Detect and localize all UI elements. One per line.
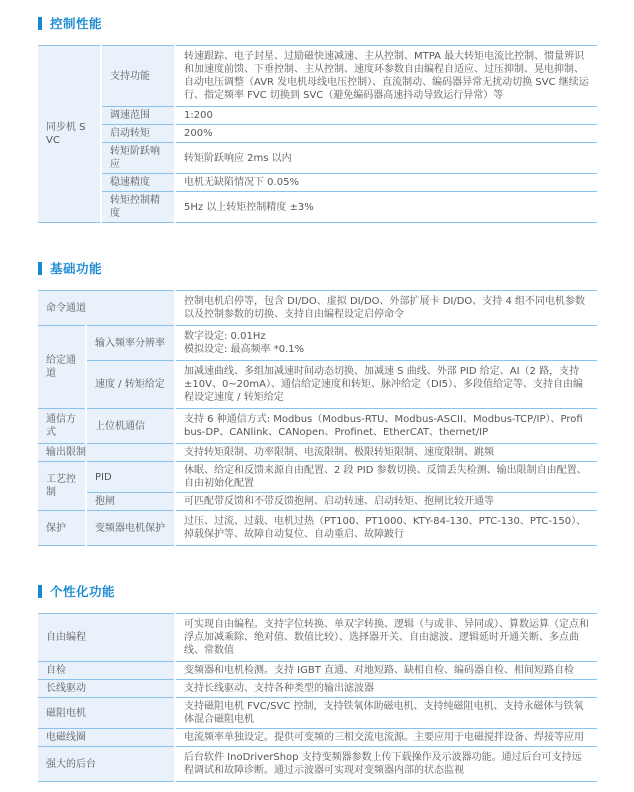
spec-value: 过压、过流、过载、电机过热（PT100、PT1000、KTY-84-130、PT… (175, 511, 597, 546)
table-row: 命令通道 控制电机启停等，包含 DI/DO、虚拟 DI/DO、外部扩展卡 DI/… (38, 291, 597, 326)
spec-label: PID (86, 462, 175, 493)
table-row: 抱闸 可匹配带反馈和不带反馈抱闸、启动转速、启动转矩、抱闸比较开通等 (38, 493, 597, 511)
spec-value: 支持长线驱动、支持各种类型的输出滤波器 (175, 680, 597, 698)
spec-value: 电机无缺陷情况下 0.05% (175, 174, 597, 192)
spec-value: 支持 6 种通信方式: Modbus（Modbus-RTU、Modbus-ASC… (175, 409, 597, 444)
spec-label: 稳速精度 (101, 174, 175, 192)
spec-value: 后台软件 InoDriverShop 支持变频器参数上传下载操作及示波器功能。通… (175, 747, 597, 782)
basic-functions-table: 命令通道 控制电机启停等，包含 DI/DO、虚拟 DI/DO、外部扩展卡 DI/… (38, 290, 597, 546)
table-row: 稳速精度 电机无缺陷情况下 0.05% (38, 174, 597, 192)
table-row: 保护 变频器电机保护 过压、过流、过载、电机过热（PT100、PT1000、KT… (38, 511, 597, 546)
spec-label: 转矩阶跃响应 (101, 143, 175, 174)
table-row: 通信方式 上位机通信 支持 6 种通信方式: Modbus（Modbus-RTU… (38, 409, 597, 444)
section-title-control: 控制性能 (50, 14, 102, 32)
title-bar-icon (38, 262, 42, 275)
table-row: 转矩阶跃响应 转矩阶跃响应 2ms 以内 (38, 143, 597, 174)
spec-value: 变频器和电机检测。支持 IGBT 直通、对地短路、缺相自检、编码器自检、相间短路… (175, 662, 597, 680)
spec-value: 控制电机启停等，包含 DI/DO、虚拟 DI/DO、外部扩展卡 DI/DO、支持… (175, 291, 597, 326)
personalized-functions-table: 自由编程 可实现自由编程。支持字位转换、单双字转换、逻辑（与或非、异同或）、算数… (38, 613, 597, 782)
spec-label: 抱闸 (86, 493, 175, 511)
control-performance-table: 同步机 SVC 支持功能 转速跟踪、电子封星、过励磁快速减速、主从控制、MTPA… (38, 45, 597, 223)
spec-label: 强大的后台 (38, 747, 175, 782)
group-label-sync-svc: 同步机 SVC (38, 46, 101, 223)
spec-label: 电磁线圈 (38, 729, 175, 747)
spec-value: 5Hz 以上转矩控制精度 ±3% (175, 192, 597, 223)
spec-label: 磁阻电机 (38, 698, 175, 729)
table-row: 启动转矩 200% (38, 125, 597, 143)
table-row: 电磁线圈 电流频率单独设定。提供可变频的三相交流电流源。主要应用于电磁搅拌设备、… (38, 729, 597, 747)
title-bar-icon (38, 585, 42, 598)
table-row: 自检 变频器和电机检测。支持 IGBT 直通、对地短路、缺相自检、编码器自检、相… (38, 662, 597, 680)
table-row: 输出限制 支持转矩限制、功率限制、电流限制、极限转矩限制、速度限制、跳频 (38, 444, 597, 462)
section-header: 基础功能 (38, 259, 597, 277)
spec-value: 数字设定: 0.01Hz 模拟设定: 最高频率 *0.1% (175, 326, 597, 361)
section-personalized-functions: 个性化功能 自由编程 可实现自由编程。支持字位转换、单双字转换、逻辑（与或非、异… (38, 582, 597, 782)
spec-value: 支持转矩限制、功率限制、电流限制、极限转矩限制、速度限制、跳频 (175, 444, 597, 462)
spec-label: 命令通道 (38, 291, 175, 326)
section-title-personal: 个性化功能 (50, 582, 115, 600)
table-row: 同步机 SVC 支持功能 转速跟踪、电子封星、过励磁快速减速、主从控制、MTPA… (38, 46, 597, 107)
table-row: 给定通道 输入频率分辨率 数字设定: 0.01Hz 模拟设定: 最高频率 *0.… (38, 326, 597, 361)
spec-value: 电流频率单独设定。提供可变频的三相交流电流源。主要应用于电磁搅拌设备、焊接等应用 (175, 729, 597, 747)
spec-label: 输入频率分辨率 (86, 326, 175, 361)
spec-label: 转矩控制精度 (101, 192, 175, 223)
spec-label: 自由编程 (38, 614, 175, 662)
table-row: 长线驱动 支持长线驱动、支持各种类型的输出滤波器 (38, 680, 597, 698)
table-row: 速度 / 转矩给定 加减速曲线、多组加减速时间动态切换、加减速 S 曲线、外部 … (38, 361, 597, 409)
section-header: 个性化功能 (38, 582, 597, 600)
spec-value: 加减速曲线、多组加减速时间动态切换、加减速 S 曲线、外部 PID 给定、AI（… (175, 361, 597, 409)
spec-value: 休眠、给定和反馈来源自由配置、2 段 PID 参数切换、反馈丢失检测、输出限制自… (175, 462, 597, 493)
spec-label: 保护 (38, 511, 86, 546)
table-row: 磁阻电机 支持磁阻电机 FVC/SVC 控制，支持铁氧体助磁电机、支持纯磁阻电机… (38, 698, 597, 729)
table-row: 自由编程 可实现自由编程。支持字位转换、单双字转换、逻辑（与或非、异同或）、算数… (38, 614, 597, 662)
spec-label: 输出限制 (38, 444, 175, 462)
section-header: 控制性能 (38, 14, 597, 32)
spec-label: 启动转矩 (101, 125, 175, 143)
spec-label: 变频器电机保护 (86, 511, 175, 546)
section-basic-functions: 基础功能 命令通道 控制电机启停等，包含 DI/DO、虚拟 DI/DO、外部扩展… (38, 259, 597, 546)
section-control-performance: 控制性能 同步机 SVC 支持功能 转速跟踪、电子封星、过励磁快速减速、主从控制… (38, 14, 597, 223)
group-label-process-control: 工艺控制 (38, 462, 86, 511)
spec-label: 自检 (38, 662, 175, 680)
table-row: 调速范围 1:200 (38, 107, 597, 125)
table-row: 转矩控制精度 5Hz 以上转矩控制精度 ±3% (38, 192, 597, 223)
table-row: 工艺控制 PID 休眠、给定和反馈来源自由配置、2 段 PID 参数切换、反馈丢… (38, 462, 597, 493)
spec-value: 200% (175, 125, 597, 143)
spec-label: 支持功能 (101, 46, 175, 107)
title-bar-icon (38, 17, 42, 30)
spec-value: 可匹配带反馈和不带反馈抱闸、启动转速、启动转矩、抱闸比较开通等 (175, 493, 597, 511)
spec-value: 转矩阶跃响应 2ms 以内 (175, 143, 597, 174)
spec-value: 转速跟踪、电子封星、过励磁快速减速、主从控制、MTPA 最大转矩电流比控制、惯量… (175, 46, 597, 107)
spec-value: 支持磁阻电机 FVC/SVC 控制，支持铁氧体助磁电机、支持纯磁阻电机、支持永磁… (175, 698, 597, 729)
spec-label: 调速范围 (101, 107, 175, 125)
spec-value: 1:200 (175, 107, 597, 125)
group-label-reference-channel: 给定通道 (38, 326, 86, 409)
table-row: 强大的后台 后台软件 InoDriverShop 支持变频器参数上传下载操作及示… (38, 747, 597, 782)
spec-label: 速度 / 转矩给定 (86, 361, 175, 409)
spec-label: 上位机通信 (86, 409, 175, 444)
spec-label: 通信方式 (38, 409, 86, 444)
section-title-basic: 基础功能 (50, 259, 102, 277)
spec-page: 控制性能 同步机 SVC 支持功能 转速跟踪、电子封星、过励磁快速减速、主从控制… (0, 0, 634, 792)
spec-label: 长线驱动 (38, 680, 175, 698)
spec-value: 可实现自由编程。支持字位转换、单双字转换、逻辑（与或非、异同或）、算数运算（定点… (175, 614, 597, 662)
